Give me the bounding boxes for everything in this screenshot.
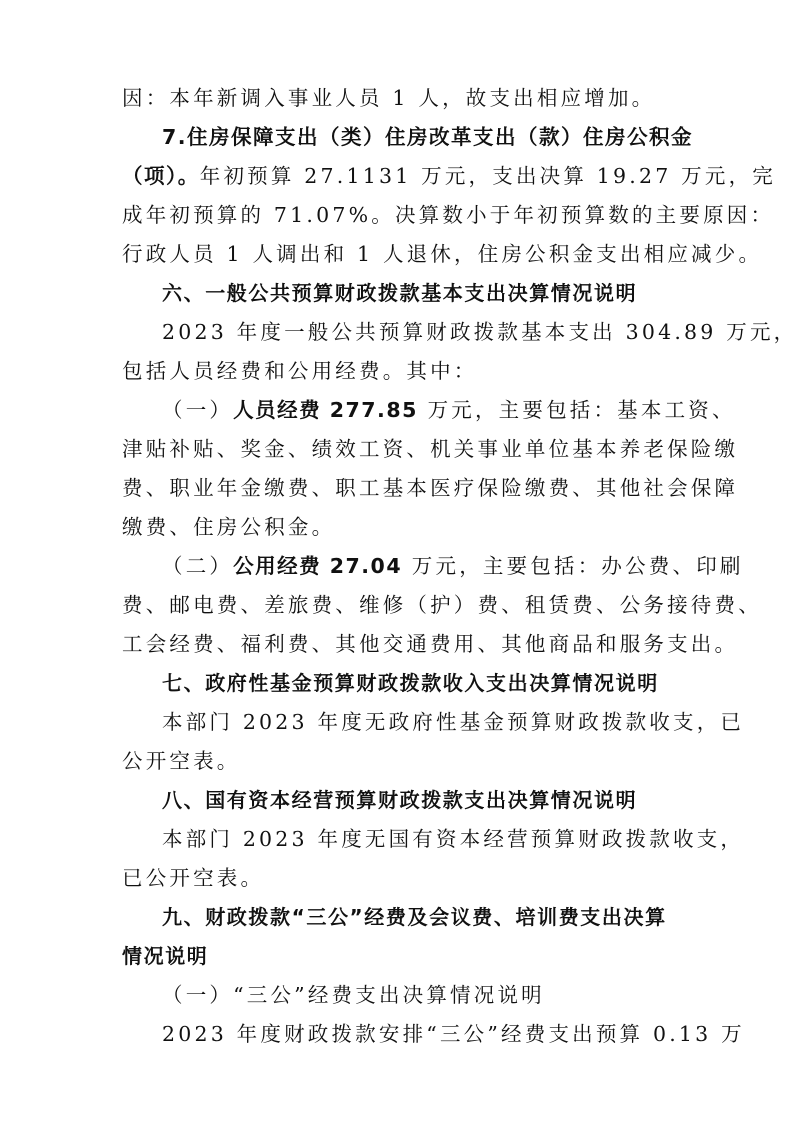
paragraph-line: 行政人员 1 人调出和 1 人退休，住房公积金支出相应减少。 bbox=[122, 240, 682, 268]
text: 包括人员经费和公用经费。其中： bbox=[122, 359, 478, 383]
text: 万元，主要包括：办公费、印刷 bbox=[402, 554, 744, 578]
section-heading-9-cont: 情况说明 bbox=[122, 942, 682, 970]
heading-text: 七、政府性基金预算财政拨款收入支出决算情况说明 bbox=[162, 671, 659, 695]
bold-text: 公用经费 27.04 bbox=[233, 554, 402, 578]
text: 已公开空表。 bbox=[122, 866, 264, 890]
text: 2023 年度财政拨款安排“三公”经费支出预算 0.13 万 bbox=[162, 1022, 745, 1046]
paragraph-line: 缴费、住房公积金。 bbox=[122, 513, 682, 541]
text: 本部门 2023 年度无国有资本经营预算财政拨款收支， bbox=[162, 827, 744, 851]
text: 公开空表。 bbox=[122, 749, 241, 773]
bold-text: （项）。 bbox=[122, 164, 200, 188]
paragraph-line: 工会经费、福利费、其他交通费用、其他商品和服务支出。 bbox=[122, 630, 682, 658]
text: 成年初预算的 71.07%。决算数小于年初预算数的主要原因： bbox=[122, 203, 774, 227]
bold-text: 人员经费 277.85 bbox=[233, 398, 418, 422]
section-heading-7: 七、政府性基金预算财政拨款收入支出决算情况说明 bbox=[162, 669, 682, 697]
text: 本部门 2023 年度无政府性基金预算财政拨款收支，已 bbox=[162, 710, 744, 734]
heading-text: 八、国有资本经营预算财政拨款支出决算情况说明 bbox=[162, 788, 637, 812]
paragraph-line: 2023 年度财政拨款安排“三公”经费支出预算 0.13 万 bbox=[162, 1020, 682, 1048]
section-heading-6: 六、一般公共预算财政拨款基本支出决算情况说明 bbox=[162, 279, 682, 307]
paragraph-line: 成年初预算的 71.07%。决算数小于年初预算数的主要原因： bbox=[122, 201, 682, 229]
heading-text: 六、一般公共预算财政拨款基本支出决算情况说明 bbox=[162, 281, 637, 305]
personnel-expense-line: （一）人员经费 277.85 万元，主要包括：基本工资、 bbox=[162, 396, 682, 424]
paragraph-line: 包括人员经费和公用经费。其中： bbox=[122, 357, 682, 385]
text: 年初预算 27.1131 万元，支出决算 19.27 万元，完 bbox=[200, 164, 776, 188]
paragraph-line: 费、职业年金缴费、职工基本医疗保险缴费、其他社会保障 bbox=[122, 474, 682, 502]
paragraph-line: 费、邮电费、差旅费、维修（护）费、租赁费、公务接待费、 bbox=[122, 591, 682, 619]
paragraph-line: （项）。年初预算 27.1131 万元，支出决算 19.27 万元，完 bbox=[122, 162, 682, 190]
paragraph-line: 2023 年度一般公共预算财政拨款基本支出 304.89 万元， bbox=[162, 318, 682, 346]
subsection-heading: （一）“三公”经费支出决算情况说明 bbox=[162, 981, 682, 1009]
text: 费、邮电费、差旅费、维修（护）费、租赁费、公务接待费、 bbox=[122, 593, 762, 617]
prefix: （二） bbox=[162, 554, 233, 578]
public-expense-line: （二）公用经费 27.04 万元，主要包括：办公费、印刷 bbox=[162, 552, 682, 580]
paragraph-line: 公开空表。 bbox=[122, 747, 682, 775]
text: 万元，主要包括：基本工资、 bbox=[418, 398, 736, 422]
text: 工会经费、福利费、其他交通费用、其他商品和服务支出。 bbox=[122, 632, 738, 656]
paragraph-line: 本部门 2023 年度无国有资本经营预算财政拨款收支， bbox=[162, 825, 682, 853]
paragraph-line: 因：本年新调入事业人员 1 人，故支出相应增加。 bbox=[122, 84, 682, 112]
prefix: （一） bbox=[162, 398, 233, 422]
text: 费、职业年金缴费、职工基本医疗保险缴费、其他社会保障 bbox=[122, 476, 738, 500]
text: 缴费、住房公积金。 bbox=[122, 515, 335, 539]
text: 津贴补贴、奖金、绩效工资、机关事业单位基本养老保险缴 bbox=[122, 437, 738, 461]
paragraph-line: 津贴补贴、奖金、绩效工资、机关事业单位基本养老保险缴 bbox=[122, 435, 682, 463]
section-heading-8: 八、国有资本经营预算财政拨款支出决算情况说明 bbox=[162, 786, 682, 814]
text: 行政人员 1 人调出和 1 人退休，住房公积金支出相应减少。 bbox=[122, 242, 762, 266]
heading-text: 情况说明 bbox=[122, 944, 208, 968]
paragraph-line: 本部门 2023 年度无政府性基金预算财政拨款收支，已 bbox=[162, 708, 682, 736]
heading-text: 九、财政拨款“三公”经费及会议费、培训费支出决算 bbox=[162, 905, 667, 929]
document-page: 因：本年新调入事业人员 1 人，故支出相应增加。 7.住房保障支出（类）住房改革… bbox=[0, 0, 793, 1122]
paragraph-line: 已公开空表。 bbox=[122, 864, 682, 892]
text: （一）“三公”经费支出决算情况说明 bbox=[162, 983, 545, 1007]
text: 2023 年度一般公共预算财政拨款基本支出 304.89 万元， bbox=[162, 320, 793, 344]
text: 因：本年新调入事业人员 1 人，故支出相应增加。 bbox=[122, 86, 655, 110]
bold-text: 7.住房保障支出（类）住房改革支出（款）住房公积金 bbox=[162, 125, 693, 149]
section-heading-9: 九、财政拨款“三公”经费及会议费、培训费支出决算 bbox=[162, 903, 682, 931]
item-7-title: 7.住房保障支出（类）住房改革支出（款）住房公积金 bbox=[162, 123, 682, 151]
